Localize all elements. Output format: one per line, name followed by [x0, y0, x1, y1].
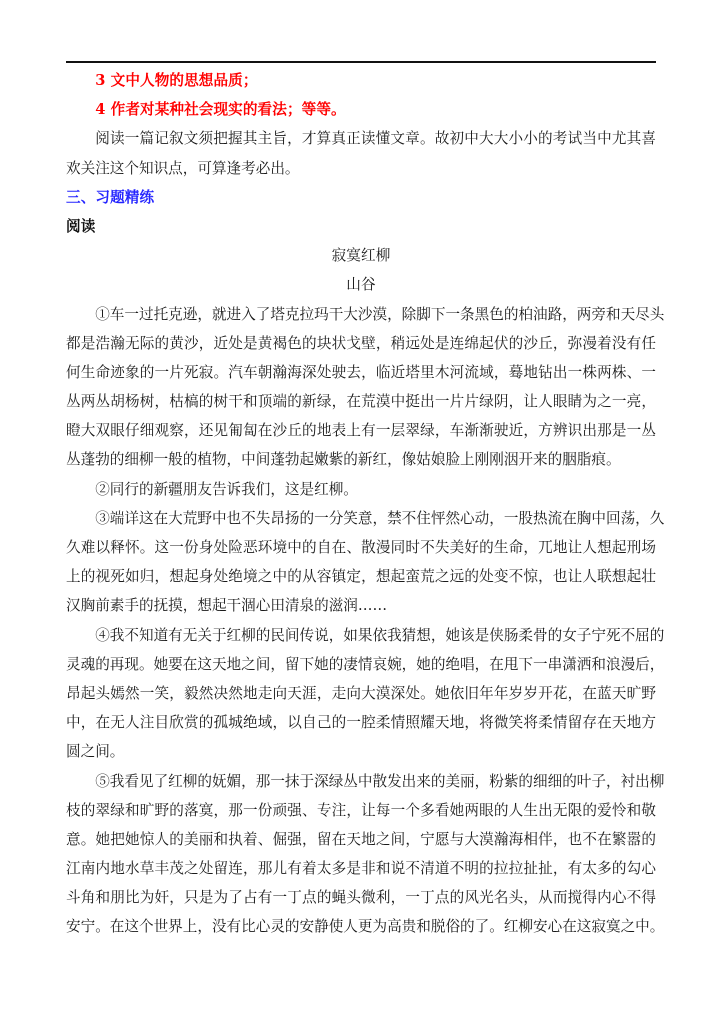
paragraph-line: ③端详这在大荒野中也不失昂扬的一分笑意，禁不住怦然心动，一股热流在胸中回荡，久: [66, 504, 656, 533]
paragraph-line: 汉胸前素手的抚摸，想起干涸心田清泉的滋润……: [66, 591, 656, 620]
article-paragraph-3: ③端详这在大荒野中也不失昂扬的一分笑意，禁不住怦然心动，一股热流在胸中回荡，久 …: [66, 504, 656, 621]
paragraph-line: 上的视死如归，想起身处绝境之中的从容镇定，想起蛮荒之远的处变不惊，也让人联想起壮: [66, 562, 656, 591]
paragraph-line: 何生命迹象的一片死寂。汽车朝瀚海深处驶去，临近塔里木河流域，蓦地钻出一株两株、一: [66, 358, 656, 387]
paragraph-line: 圆之间。: [66, 737, 656, 766]
intro-paragraph: 阅读一篇记叙文须把握其主旨，才算真正读懂文章。故初中大大小小的考试当中尤其喜 欢…: [66, 124, 656, 182]
paragraph-line: ⑤我看见了红柳的妩媚，那一抹于深绿丛中散发出来的美丽，粉紫的细细的叶子，衬出柳: [66, 767, 656, 796]
article-paragraph-5: ⑤我看见了红柳的妩媚，那一抹于深绿丛中散发出来的美丽，粉紫的细细的叶子，衬出柳 …: [66, 767, 656, 942]
intro-line: 阅读一篇记叙文须把握其主旨，才算真正读懂文章。故初中大大小小的考试当中尤其喜: [66, 124, 656, 153]
subsection-heading: 阅读: [66, 212, 656, 241]
summary-point-3: 3 文中人物的思想品质；: [66, 66, 656, 95]
paragraph-line: 安宁。在这个世界上，没有比心灵的安静使人更为高贵和脱俗的了。红柳安心在这寂寞之中…: [66, 912, 656, 941]
paragraph-line: 久难以释怀。这一份身处险恶环境中的自在、散漫同时不失美好的生命，兀地让人想起刑场: [66, 533, 656, 562]
paragraph-line: 瞪大双眼仔细观察，还见匍匐在沙丘的地表上有一层翠绿，车渐渐驶近，方辨识出那是一丛: [66, 416, 656, 445]
article-title: 寂寞红柳: [66, 241, 656, 270]
paragraph-line: 枝的翠绿和旷野的落寞，那一份顽强、专注，让每一个多看她两眼的人生出无限的爱怜和敬: [66, 796, 656, 825]
header-rule: [66, 61, 656, 63]
paragraph-line: ④我不知道有无关于红柳的民间传说，如果依我猜想，她该是侠肠柔骨的女子宁死不屈的: [66, 621, 656, 650]
section-heading: 三、习题精练: [66, 183, 656, 212]
paragraph-line: 斗角和朋比为奸，只是为了占有一丁点的蝇头微利，一丁点的风光名头，从而搅得内心不得: [66, 883, 656, 912]
paragraph-line: 丛两丛胡杨树，枯槁的树干和顶端的新绿，在荒漠中挺出一片片绿阴，让人眼睛为之一亮，: [66, 387, 656, 416]
summary-point-4: 4 作者对某种社会现实的看法；等等。: [66, 95, 656, 124]
paragraph-line: ②同行的新疆朋友告诉我们，这是红柳。: [66, 475, 656, 504]
paragraph-line: 江南内地水草丰茂之处留连，那儿有着太多是非和说不清道不明的拉拉扯扯，有太多的勾心: [66, 854, 656, 883]
paragraph-line: 中，在无人注目欣赏的孤城绝域，以自己的一腔柔情照耀天地，将微笑将柔情留存在天地方: [66, 708, 656, 737]
article-paragraph-1: ①车一过托克逊，就进入了塔克拉玛干大沙漠，除脚下一条黑色的柏油路，两旁和天尽头 …: [66, 300, 656, 475]
document-body: 3 文中人物的思想品质； 4 作者对某种社会现实的看法；等等。 阅读一篇记叙文须…: [66, 66, 656, 942]
paragraph-line: 意。她把她惊人的美丽和执着、倔强，留在天地之间，宁愿与大漠瀚海相伴，也不在繁嚣的: [66, 825, 656, 854]
paragraph-line: 丛蓬勃的细柳一般的植物，中间蓬勃起嫩紫的新红，像姑娘脸上刚刚洇开来的胭脂痕。: [66, 445, 656, 474]
paragraph-line: ①车一过托克逊，就进入了塔克拉玛干大沙漠，除脚下一条黑色的柏油路，两旁和天尽头: [66, 300, 656, 329]
paragraph-line: 灵魂的再现。她要在这天地之间，留下她的凄情哀婉，她的绝唱，在甩下一串潇洒和浪漫后…: [66, 650, 656, 679]
paragraph-line: 昂起头嫣然一笑，毅然决然地走向天涯，走向大漠深处。她依旧年年岁岁开花，在蓝天旷野: [66, 679, 656, 708]
paragraph-line: 都是浩瀚无际的黄沙，近处是黄褐色的块状戈壁，稍远处是连绵起伏的沙丘，弥漫着没有任: [66, 329, 656, 358]
article-paragraph-4: ④我不知道有无关于红柳的民间传说，如果依我猜想，她该是侠肠柔骨的女子宁死不屈的 …: [66, 621, 656, 767]
article-paragraph-2: ②同行的新疆朋友告诉我们，这是红柳。: [66, 475, 656, 504]
article-author: 山谷: [66, 270, 656, 299]
intro-line: 欢关注这个知识点，可算逢考必出。: [66, 154, 656, 183]
